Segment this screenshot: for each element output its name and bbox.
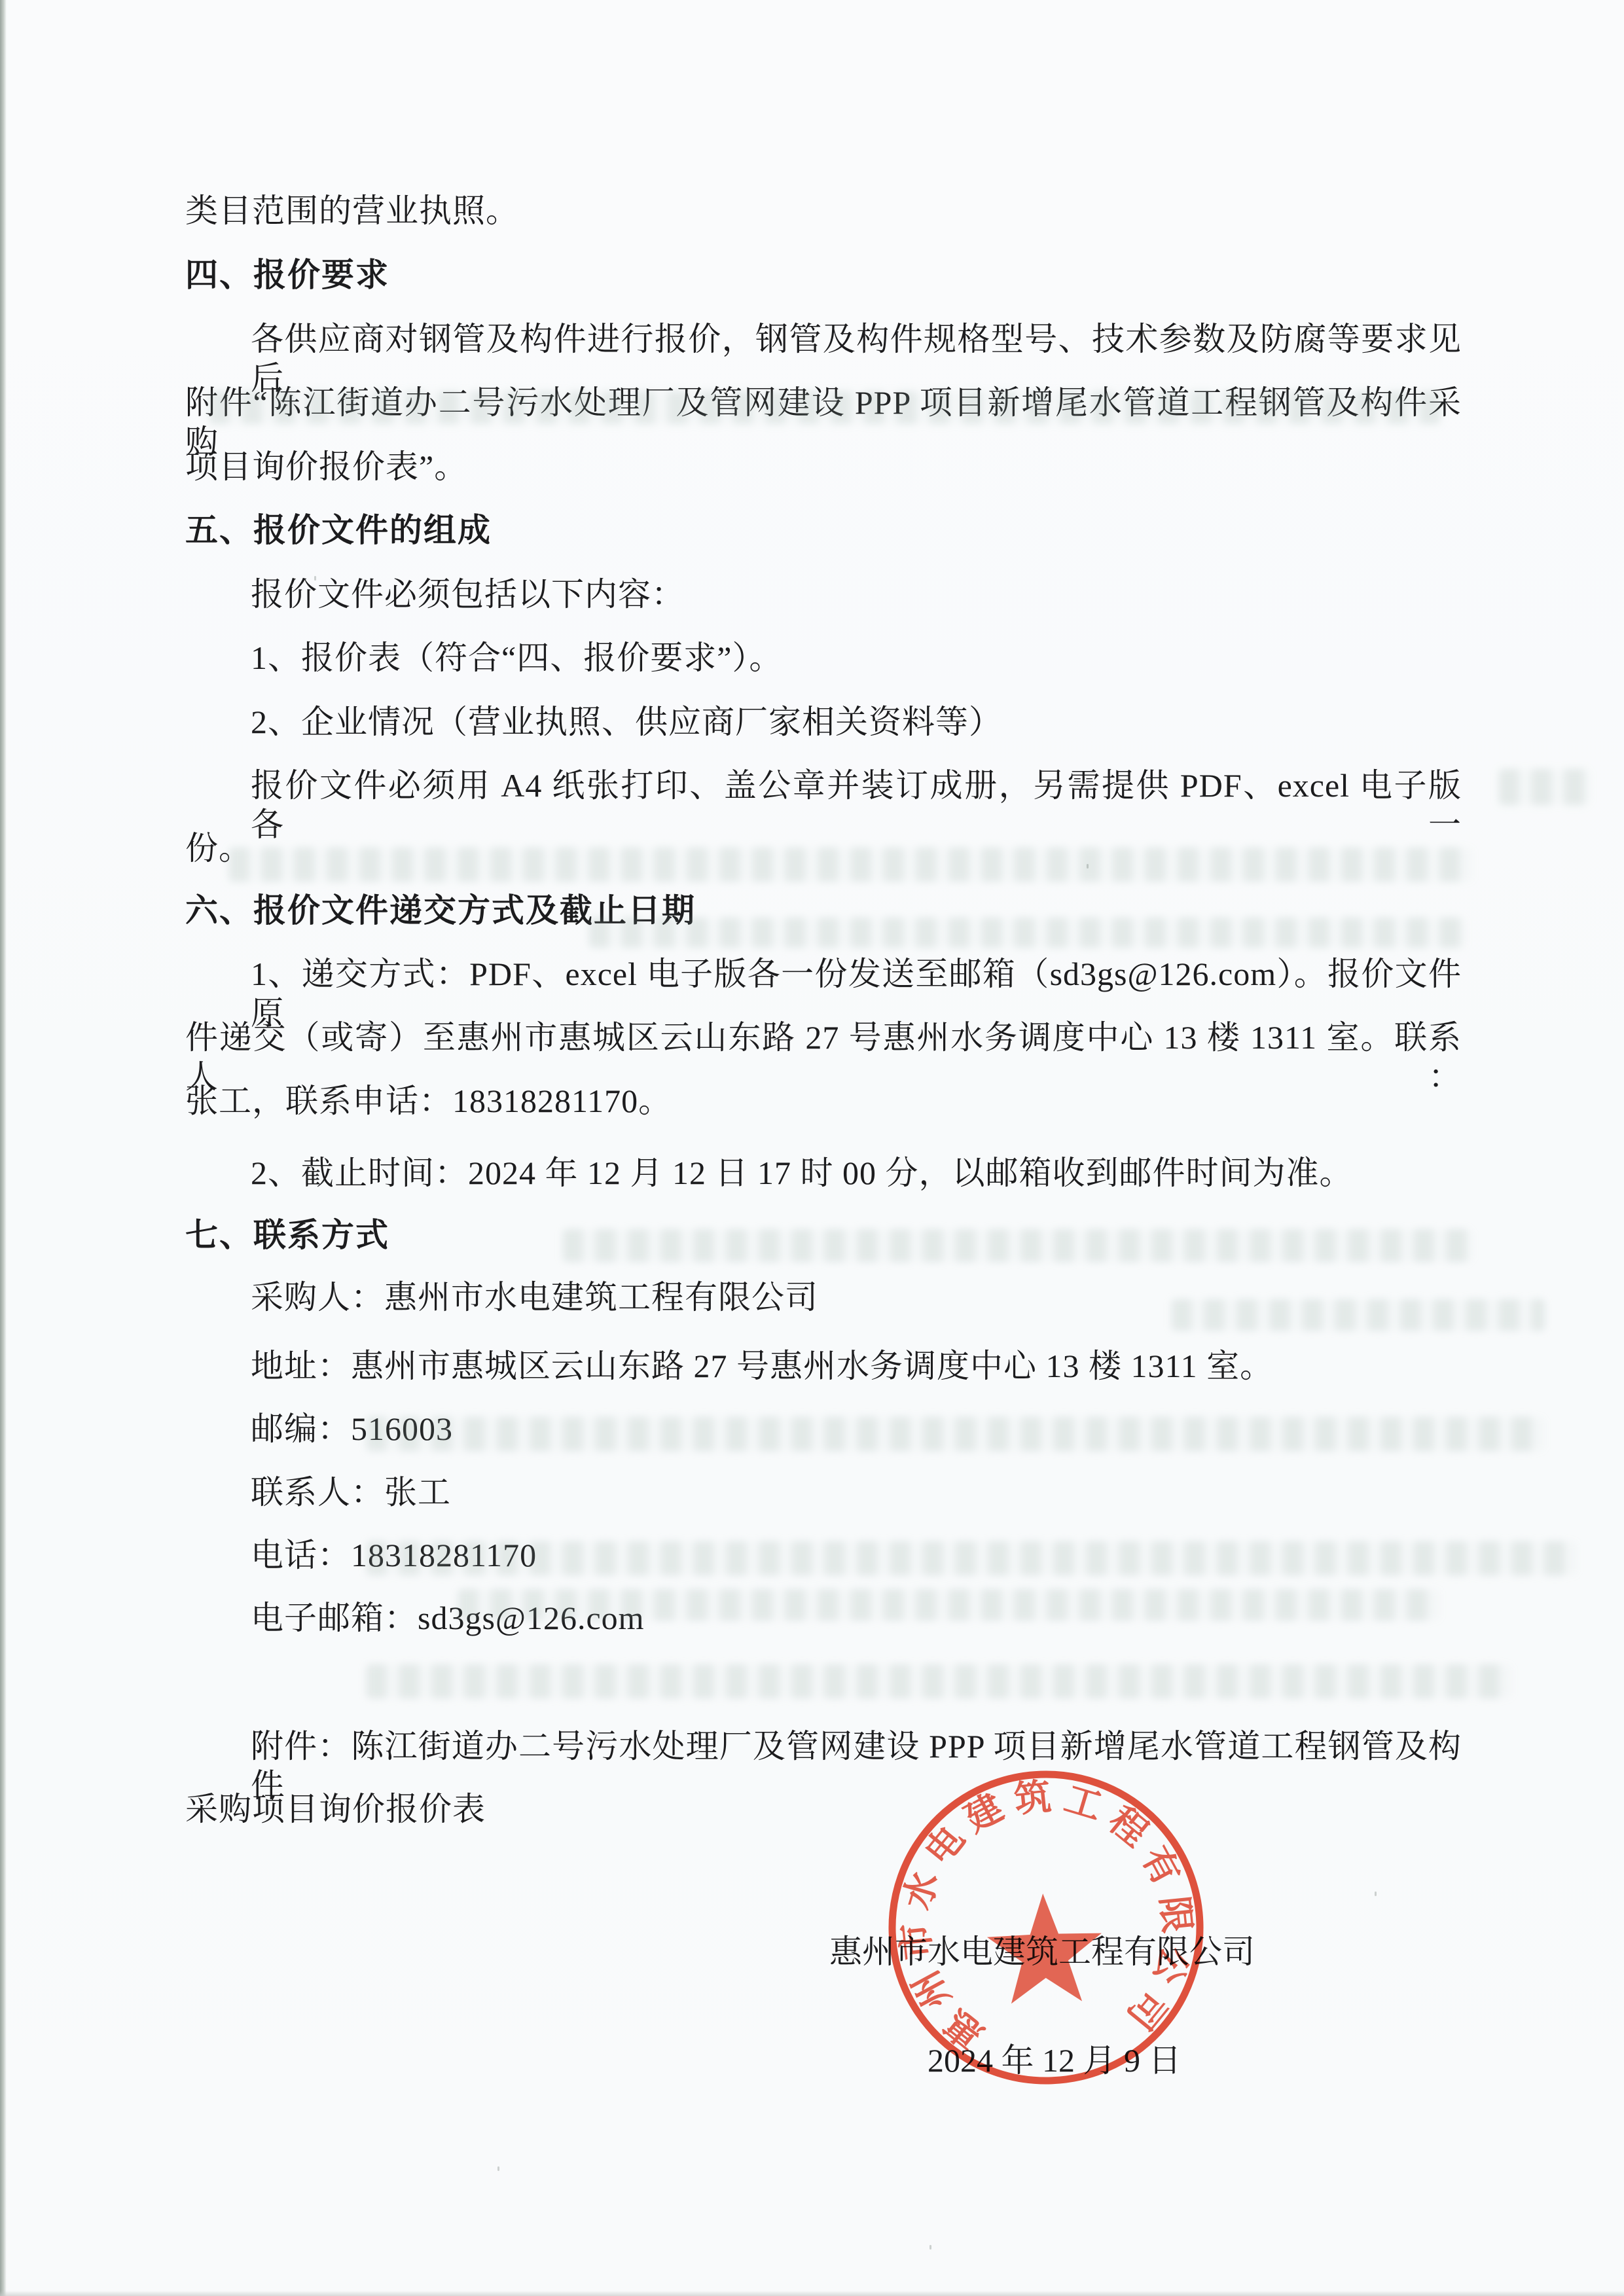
bleed-through-artifact (367, 1664, 1512, 1698)
doc-line: 报价文件必须包括以下内容： (251, 575, 685, 614)
scan-edge-artifact-left (0, 0, 7, 2296)
scanned-document-page: 类目范围的营业执照。 四、报价要求 各供应商对钢管及构件进行报价，钢管及构件规格… (0, 0, 1624, 2296)
bleed-through-artifact (209, 391, 1440, 424)
doc-line: 2、截止时间：2024 年 12 月 12 日 17 时 00 分，以邮箱收到邮… (251, 1153, 1353, 1193)
doc-line: 报价文件必须用 A4 纸张打印、盖公章并装订成册，另需提供 PDF、excel … (251, 766, 1462, 844)
doc-line: 2、企业情况（营业执照、供应商厂家相关资料等） (251, 702, 1002, 742)
doc-line: 联系人：张工 (251, 1473, 451, 1512)
section-heading: 七、联系方式 (185, 1215, 389, 1255)
bleed-through-artifact (367, 1417, 1545, 1451)
bleed-through-artifact (229, 848, 1473, 882)
attachment-line: 采购项目询价报价表 (185, 1789, 486, 1829)
doc-line: 采购人：惠州市水电建筑工程有限公司 (251, 1278, 818, 1317)
section-heading: 五、报价文件的组成 (185, 511, 492, 550)
company-seal: 惠州市水电建筑工程有限公司 (876, 1758, 1215, 2096)
doc-line: 张工，联系申话：18318281170。 (185, 1081, 672, 1121)
scan-speck (497, 2166, 499, 2171)
bleed-through-artifact (458, 1589, 1440, 1621)
doc-line: 1、报价表（符合“四、报价要求”）。 (251, 638, 782, 677)
scan-speck (929, 2245, 931, 2250)
doc-line: 项目询价报价表”。 (185, 447, 467, 486)
bleed-through-artifact (1172, 1299, 1545, 1331)
bleed-through-artifact (589, 918, 1466, 948)
doc-line: 地址：惠州市惠城区云山东路 27 号惠州水务调度中心 13 楼 1311 室。 (251, 1346, 1273, 1386)
scan-speck (1087, 864, 1089, 869)
doc-line: 类目范围的营业执照。 (185, 191, 519, 230)
bleed-through-artifact (367, 1541, 1578, 1575)
section-heading: 四、报价要求 (185, 255, 389, 295)
scan-speck (314, 576, 316, 581)
scan-speck (1375, 1892, 1377, 1896)
bleed-through-artifact (1499, 769, 1591, 805)
scan-edge-artifact-bottom (0, 2291, 1624, 2296)
bleed-through-artifact (563, 1229, 1473, 1262)
star-icon (986, 1892, 1104, 2004)
